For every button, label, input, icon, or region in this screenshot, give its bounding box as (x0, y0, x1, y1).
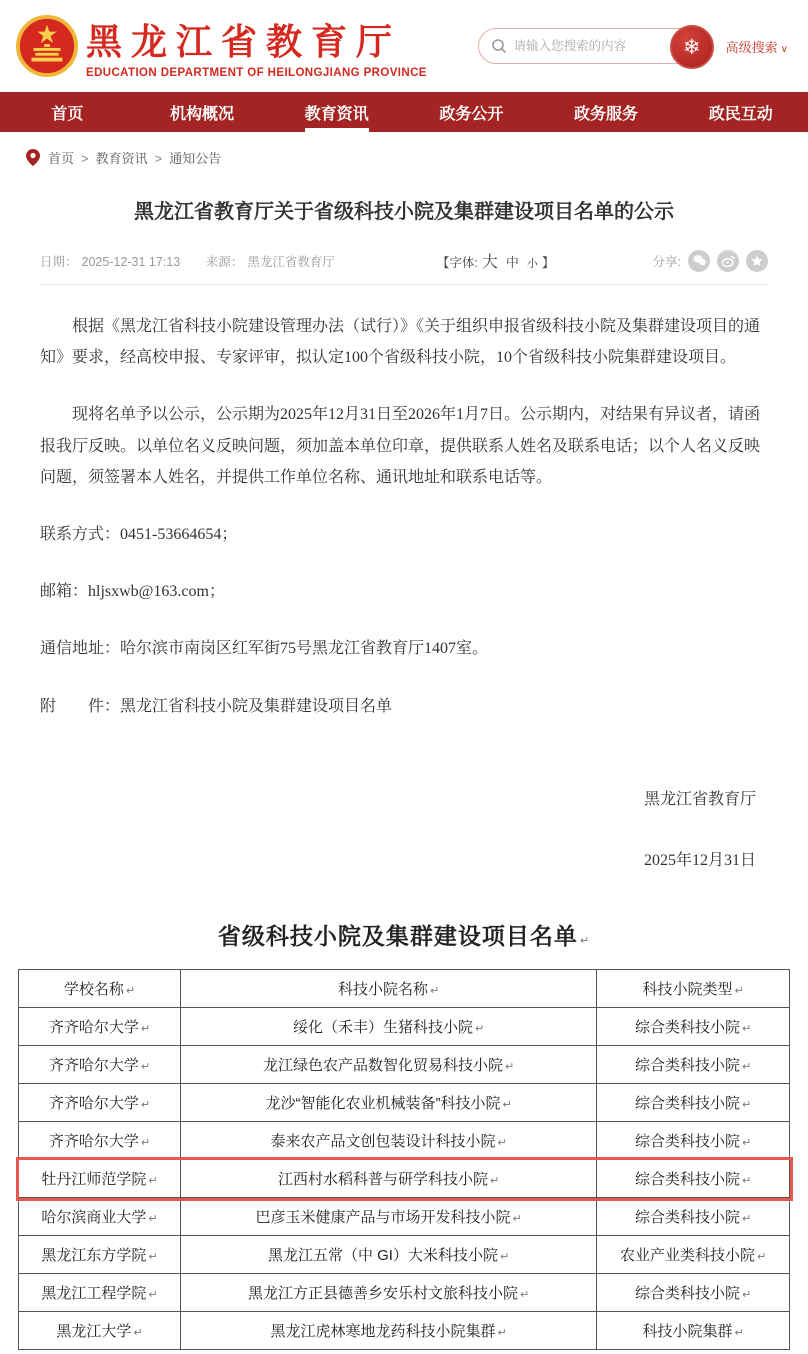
table-cell-name: 黑龙江虎林寒地龙药科技小院集群↵ (180, 1312, 596, 1350)
table-cell-name: 龙沙“智能化农业机械装备”科技小院↵ (180, 1084, 596, 1122)
table-row: 哈尔滨商业大学↵巴彦玉米健康产品与市场开发科技小院↵综合类科技小院↵ (19, 1198, 790, 1236)
date-label: 日期： (40, 255, 78, 269)
cell-text: 综合类科技小院 (635, 1209, 740, 1226)
return-mark: ↵ (141, 1061, 150, 1073)
share-label: 分享: (653, 252, 681, 270)
site-subtitle: EDUCATION DEPARTMENT OF HEILONGJIANG PRO… (86, 67, 427, 79)
article-contact-line: 附 件：黑龙江省科技小院及集群建设项目名单 (40, 691, 768, 722)
return-mark: ↵ (141, 1023, 150, 1035)
table-body: 齐齐哈尔大学↵绥化（禾丰）生猪科技小院↵综合类科技小院↵齐齐哈尔大学↵龙江绿色农… (19, 1008, 790, 1350)
table-cell-type: 综合类科技小院↵ (597, 1198, 790, 1236)
cell-text: 巴彦玉米健康产品与市场开发科技小院 (255, 1209, 510, 1226)
cell-text: 黑龙江方正县德善乡安乐村文旅科技小院 (248, 1285, 518, 1302)
table-row: 齐齐哈尔大学↵龙江绿色农产品数智化贸易科技小院↵综合类科技小院↵ (19, 1046, 790, 1084)
table-cell-school: 牡丹江师范学院↵ (19, 1160, 181, 1198)
star-icon (751, 255, 763, 267)
cell-text: 哈尔滨商业大学 (41, 1209, 146, 1226)
brand-block: 黑龙江省教育厅 EDUCATION DEPARTMENT OF HEILONGJ… (86, 14, 427, 79)
return-mark: ↵ (148, 1289, 157, 1301)
table-header-row: 学校名称↵科技小院名称↵科技小院类型↵ (19, 970, 790, 1008)
return-mark: ↵ (580, 935, 590, 947)
table-row: 黑龙江工程学院↵黑龙江方正县德善乡安乐村文旅科技小院↵综合类科技小院↵ (19, 1274, 790, 1312)
cell-text: 综合类科技小院 (635, 1171, 740, 1188)
advanced-search-label: 高级搜索 (726, 40, 778, 55)
location-pin-icon (26, 149, 40, 166)
table-cell-name: 绥化（禾丰）生猪科技小院↵ (180, 1008, 596, 1046)
table-cell-school: 黑龙江大学↵ (19, 1312, 181, 1350)
return-mark: ↵ (497, 1327, 506, 1339)
return-mark: ↵ (742, 1175, 751, 1187)
article: 黑龙江省教育厅关于省级科技小院及集群建设项目名单的公示 日期：2025-12-3… (0, 197, 808, 1350)
article-paragraph: 根据《黑龙江省科技小院建设管理办法（试行）》《关于组织申报省级科技小院及集群建设… (40, 311, 768, 373)
breadcrumb-item-1[interactable]: 教育资讯 (96, 151, 148, 166)
breadcrumb-separator: > (81, 151, 89, 166)
cell-text: 泰来农产品文创包装设计科技小院 (270, 1133, 495, 1150)
table-cell-type: 综合类科技小院↵ (597, 1084, 790, 1122)
font-size-selector: 【字体:大中小】 (437, 249, 555, 272)
table-row: 齐齐哈尔大学↵绥化（禾丰）生猪科技小院↵综合类科技小院↵ (19, 1008, 790, 1046)
return-mark: ↵ (742, 1213, 751, 1225)
article-contact-line: 联系方式：0451-53664654； (40, 519, 768, 550)
table-row-highlighted: 牡丹江师范学院↵江西村水稻科普与研学科技小院↵综合类科技小院↵ (19, 1160, 790, 1198)
table-cell-school: 黑龙江工程学院↵ (19, 1274, 181, 1312)
nav-item-label: 首页 (51, 101, 83, 124)
chevron-down-icon: ∨ (781, 44, 788, 55)
return-mark: ↵ (141, 1137, 150, 1149)
font-size-small-button[interactable]: 小 (527, 258, 538, 270)
nav-item-label: 政务服务 (574, 101, 638, 124)
table-cell-school: 齐齐哈尔大学↵ (19, 1122, 181, 1160)
nav-item-label: 政务公开 (439, 101, 503, 124)
cell-text: 齐齐哈尔大学 (49, 1095, 139, 1112)
share-box: 分享: (653, 250, 768, 272)
return-mark: ↵ (500, 1251, 509, 1263)
table-cell-school: 齐齐哈尔大学↵ (19, 1084, 181, 1122)
table-cell-name: 龙江绿色农产品数智化贸易科技小院↵ (180, 1046, 596, 1084)
search-submit-snowflake-button[interactable]: ❄ (670, 25, 714, 69)
nav-item-label: 教育资讯 (305, 101, 369, 124)
return-mark: ↵ (430, 985, 439, 997)
table-cell-name: 巴彦玉米健康产品与市场开发科技小院↵ (180, 1198, 596, 1236)
cell-text: 江西村水稻科普与研学科技小院 (278, 1171, 488, 1188)
site-title: 黑龙江省教育厅 (86, 14, 427, 65)
cell-text: 绥化（禾丰）生猪科技小院 (293, 1019, 473, 1036)
header-text: 科技小院名称 (338, 981, 428, 998)
table-cell-type: 综合类科技小院↵ (597, 1274, 790, 1312)
article-title: 黑龙江省教育厅关于省级科技小院及集群建设项目名单的公示 (40, 197, 768, 227)
article-body: 根据《黑龙江省科技小院建设管理办法（试行）》《关于组织申报省级科技小院及集群建设… (40, 311, 768, 722)
main-nav: 首页机构概况教育资讯政务公开政务服务政民互动 (0, 92, 808, 132)
return-mark: ↵ (735, 1327, 744, 1339)
breadcrumb-separator: > (155, 151, 163, 166)
weibo-icon (722, 255, 735, 267)
table-row: 齐齐哈尔大学↵龙沙“智能化农业机械装备”科技小院↵综合类科技小院↵ (19, 1084, 790, 1122)
wechat-icon (693, 255, 706, 266)
advanced-search-link[interactable]: 高级搜索∨ (726, 37, 788, 56)
table-row: 黑龙江东方学院↵黑龙江五常（中 GI）大米科技小院↵农业产业类科技小院↵ (19, 1236, 790, 1274)
cell-text: 综合类科技小院 (635, 1133, 740, 1150)
signature-block: 黑龙江省教育厅 2025年12月31日 (40, 784, 768, 876)
cell-text: 龙江绿色农产品数智化贸易科技小院 (263, 1057, 503, 1074)
cell-text: 龙沙“智能化农业机械装备”科技小院 (265, 1095, 500, 1112)
article-contact-line: 邮箱：hljsxwb@163.com； (40, 576, 768, 607)
cell-text: 农业产业类科技小院 (620, 1247, 755, 1264)
cell-text: 综合类科技小院 (635, 1285, 740, 1302)
return-mark: ↵ (497, 1137, 506, 1149)
table-cell-name: 黑龙江方正县德善乡安乐村文旅科技小院↵ (180, 1274, 596, 1312)
return-mark: ↵ (126, 985, 135, 997)
header-text: 科技小院类型 (643, 981, 733, 998)
return-mark: ↵ (148, 1251, 157, 1263)
date-value: 2025-12-31 17:13 (82, 255, 181, 269)
return-mark: ↵ (742, 1099, 751, 1111)
return-mark: ↵ (141, 1099, 150, 1111)
search-bar[interactable]: ❄ (478, 28, 710, 64)
snowflake-icon: ❄ (683, 35, 701, 60)
national-emblem-logo (16, 15, 78, 77)
cell-text: 黑龙江大学 (56, 1323, 131, 1340)
project-table: 学校名称↵科技小院名称↵科技小院类型↵ 齐齐哈尔大学↵绥化（禾丰）生猪科技小院↵… (18, 969, 790, 1350)
header-text: 学校名称 (64, 981, 124, 998)
return-mark: ↵ (742, 1061, 751, 1073)
share-favorite-button[interactable] (746, 250, 768, 272)
source-value: 黑龙江省教育厅 (247, 255, 335, 269)
cell-text: 齐齐哈尔大学 (49, 1133, 139, 1150)
cell-text: 黑龙江虎林寒地龙药科技小院集群 (270, 1323, 495, 1340)
font-sizer-suffix: 】 (542, 256, 555, 270)
table-header-cell: 科技小院名称↵ (180, 970, 596, 1008)
return-mark: ↵ (475, 1023, 484, 1035)
return-mark: ↵ (520, 1289, 529, 1301)
breadcrumb: 首页>教育资讯>通知公告 (0, 132, 808, 175)
cell-text: 科技小院集群 (643, 1323, 733, 1340)
nav-item-3[interactable]: 政务公开 (404, 92, 539, 132)
cell-text: 综合类科技小院 (635, 1095, 740, 1112)
breadcrumb-item-0[interactable]: 首页 (48, 151, 74, 166)
table-row: 齐齐哈尔大学↵泰来农产品文创包装设计科技小院↵综合类科技小院↵ (19, 1122, 790, 1160)
cell-text: 齐齐哈尔大学 (49, 1019, 139, 1036)
table-cell-type: 综合类科技小院↵ (597, 1046, 790, 1084)
return-mark: ↵ (742, 1023, 751, 1035)
font-size-medium-button[interactable]: 中 (506, 255, 519, 270)
table-cell-school: 哈尔滨商业大学↵ (19, 1198, 181, 1236)
return-mark: ↵ (757, 1251, 766, 1263)
return-mark: ↵ (735, 985, 744, 997)
table-cell-school: 齐齐哈尔大学↵ (19, 1008, 181, 1046)
font-sizer-prefix: 【字体: (437, 256, 478, 270)
table-cell-type: 综合类科技小院↵ (597, 1122, 790, 1160)
table-title-text: 省级科技小院及集群建设项目名单 (218, 923, 578, 949)
cell-text: 牡丹江师范学院 (41, 1171, 146, 1188)
cell-text: 齐齐哈尔大学 (49, 1057, 139, 1074)
return-mark: ↵ (505, 1061, 514, 1073)
site-header: 黑龙江省教育厅 EDUCATION DEPARTMENT OF HEILONGJ… (0, 0, 808, 92)
table-cell-name: 黑龙江五常（中 GI）大米科技小院↵ (180, 1236, 596, 1274)
return-mark: ↵ (148, 1175, 157, 1187)
table-header-cell: 学校名称↵ (19, 970, 181, 1008)
article-paragraph: 现将名单予以公示，公示期为2025年12月31日至2026年1月7日。公示期内，… (40, 399, 768, 493)
return-mark: ↵ (133, 1327, 142, 1339)
meta-divider (40, 284, 768, 285)
font-size-large-button[interactable]: 大 (482, 254, 498, 271)
breadcrumb-items: 首页>教育资讯>通知公告 (48, 148, 221, 167)
cell-text: 黑龙江东方学院 (41, 1247, 146, 1264)
search-icon (491, 38, 507, 54)
search-input[interactable] (514, 39, 665, 53)
active-tab-indicator (305, 128, 369, 132)
meta-date-source: 日期：2025-12-31 17:13 来源：黑龙江省教育厅 (40, 252, 339, 270)
table-cell-type: 综合类科技小院↵ (597, 1160, 790, 1198)
table-cell-name: 江西村水稻科普与研学科技小院↵ (180, 1160, 596, 1198)
return-mark: ↵ (742, 1137, 751, 1149)
nav-item-1[interactable]: 机构概况 (135, 92, 270, 132)
share-weibo-button[interactable] (717, 250, 739, 272)
table-header-cell: 科技小院类型↵ (597, 970, 790, 1008)
table-cell-school: 齐齐哈尔大学↵ (19, 1046, 181, 1084)
breadcrumb-item-2[interactable]: 通知公告 (169, 151, 221, 166)
nav-item-5[interactable]: 政民互动 (673, 92, 808, 132)
share-wechat-button[interactable] (688, 250, 710, 272)
table-title: 省级科技小院及集群建设项目名单↵ (40, 918, 768, 951)
table-cell-type: 综合类科技小院↵ (597, 1008, 790, 1046)
cell-text: 综合类科技小院 (635, 1019, 740, 1036)
article-contact-line: 通信地址：哈尔滨市南岗区红军街75号黑龙江省教育厅1407室。 (40, 633, 768, 664)
article-meta-row: 日期：2025-12-31 17:13 来源：黑龙江省教育厅 【字体:大中小】 … (40, 249, 768, 272)
return-mark: ↵ (502, 1099, 511, 1111)
table-cell-school: 黑龙江东方学院↵ (19, 1236, 181, 1274)
table-cell-name: 泰来农产品文创包装设计科技小院↵ (180, 1122, 596, 1160)
cell-text: 黑龙江五常（中 GI）大米科技小院 (268, 1247, 498, 1264)
nav-item-4[interactable]: 政务服务 (539, 92, 674, 132)
cell-text: 黑龙江工程学院 (41, 1285, 146, 1302)
cell-text: 综合类科技小院 (635, 1057, 740, 1074)
nav-item-0[interactable]: 首页 (0, 92, 135, 132)
table-cell-type: 科技小院集群↵ (597, 1312, 790, 1350)
table-row: 黑龙江大学↵黑龙江虎林寒地龙药科技小院集群↵科技小院集群↵ (19, 1312, 790, 1350)
header-right: ❄ 高级搜索∨ (478, 28, 798, 64)
return-mark: ↵ (512, 1213, 521, 1225)
source-label: 来源： (206, 255, 244, 269)
return-mark: ↵ (148, 1213, 157, 1225)
signature-org: 黑龙江省教育厅 (40, 784, 756, 815)
return-mark: ↵ (490, 1175, 499, 1187)
return-mark: ↵ (742, 1289, 751, 1301)
project-table-wrap: 学校名称↵科技小院名称↵科技小院类型↵ 齐齐哈尔大学↵绥化（禾丰）生猪科技小院↵… (18, 969, 790, 1350)
signature-date: 2025年12月31日 (40, 845, 756, 876)
nav-item-label: 政民互动 (709, 101, 773, 124)
nav-item-label: 机构概况 (170, 101, 234, 124)
table-cell-type: 农业产业类科技小院↵ (597, 1236, 790, 1274)
nav-item-2[interactable]: 教育资讯 (269, 92, 404, 132)
